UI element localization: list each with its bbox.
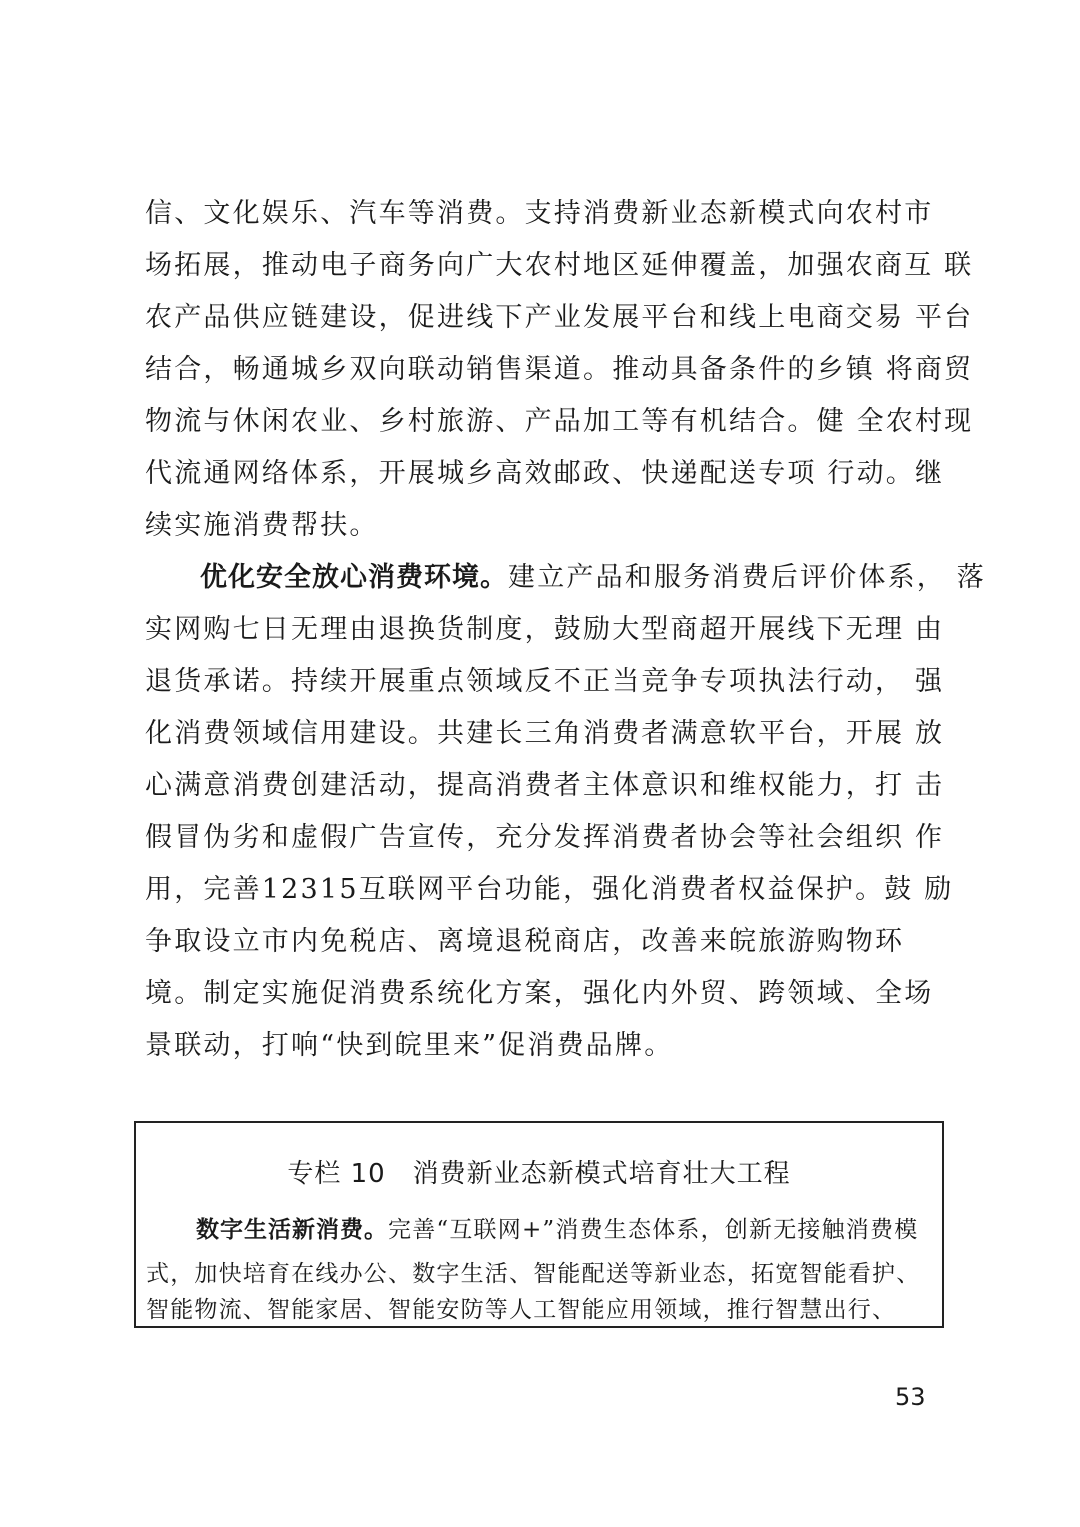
text-line: 信、文化娱乐、汽车等消费。支持消费新业态新模式向农村市	[145, 196, 945, 232]
text-line: 化消费领域信用建设。共建长三角消费者满意软平台，开展 放	[145, 716, 945, 752]
text-line: 境。制定实施促消费系统化方案，强化内外贸、跨领域、全场	[145, 976, 945, 1012]
special-column-box: 专栏 10 消费新业态新模式培育壮大工程 数字生活新消费。完善“互联网+”消费生…	[134, 1121, 944, 1328]
text-line: 农产品供应链建设，促进线下产业发展平台和线上电商交易 平台	[145, 300, 945, 336]
text-line: 优化安全放心消费环境。建立产品和服务消费后评价体系， 落	[200, 560, 945, 596]
paragraph-heading: 优化安全放心消费环境。	[200, 562, 508, 593]
text-line: 实网购七日无理由退换货制度，鼓励大型商超开展线下无理 由	[145, 612, 945, 648]
text-line: 假冒伪劣和虚假广告宣传，充分发挥消费者协会等社会组织 作	[145, 820, 945, 856]
box-heading: 数字生活新消费。	[196, 1217, 388, 1243]
text-line: 退货承诺。持续开展重点领域反不正当竞争专项执法行动， 强	[145, 664, 945, 700]
text-span: 建立产品和服务消费后评价体系， 落	[508, 562, 986, 593]
text-line: 争取设立市内免税店、离境退税商店，改善来皖旅游购物环	[145, 924, 945, 960]
text-line: 场拓展，推动电子商务向广大农村地区延伸覆盖，加强农商互 联	[145, 248, 945, 284]
text-line: 智能物流、智能家居、智能安防等人工智能应用领域，推行智慧出行、	[146, 1295, 896, 1325]
page-number: 53	[895, 1383, 926, 1411]
text-line: 续实施消费帮扶。	[145, 508, 945, 544]
box-title: 专栏 10 消费新业态新模式培育壮大工程	[136, 1153, 942, 1190]
text-span: 完善“互联网+”消费生态体系，创新无接触消费模	[388, 1217, 918, 1243]
text-line: 式，加快培育在线办公、数字生活、智能配送等新业态，拓宽智能看护、	[146, 1259, 920, 1289]
text-line: 景联动，打响“快到皖里来”促消费品牌。	[145, 1028, 945, 1064]
document-page: 信、文化娱乐、汽车等消费。支持消费新业态新模式向农村市 场拓展，推动电子商务向广…	[0, 0, 1080, 1527]
text-line: 物流与休闲农业、乡村旅游、产品加工等有机结合。健 全农村现	[145, 404, 945, 440]
text-line: 用，完善12315互联网平台功能，强化消费者权益保护。鼓 励	[145, 872, 945, 908]
text-line: 结合，畅通城乡双向联动销售渠道。推动具备条件的乡镇 将商贸	[145, 352, 945, 388]
text-line: 数字生活新消费。完善“互联网+”消费生态体系，创新无接触消费模	[196, 1215, 918, 1245]
text-line: 代流通网络体系，开展城乡高效邮政、快递配送专项 行动。继	[145, 456, 945, 492]
text-line: 心满意消费创建活动，提高消费者主体意识和维权能力，打 击	[145, 768, 945, 804]
